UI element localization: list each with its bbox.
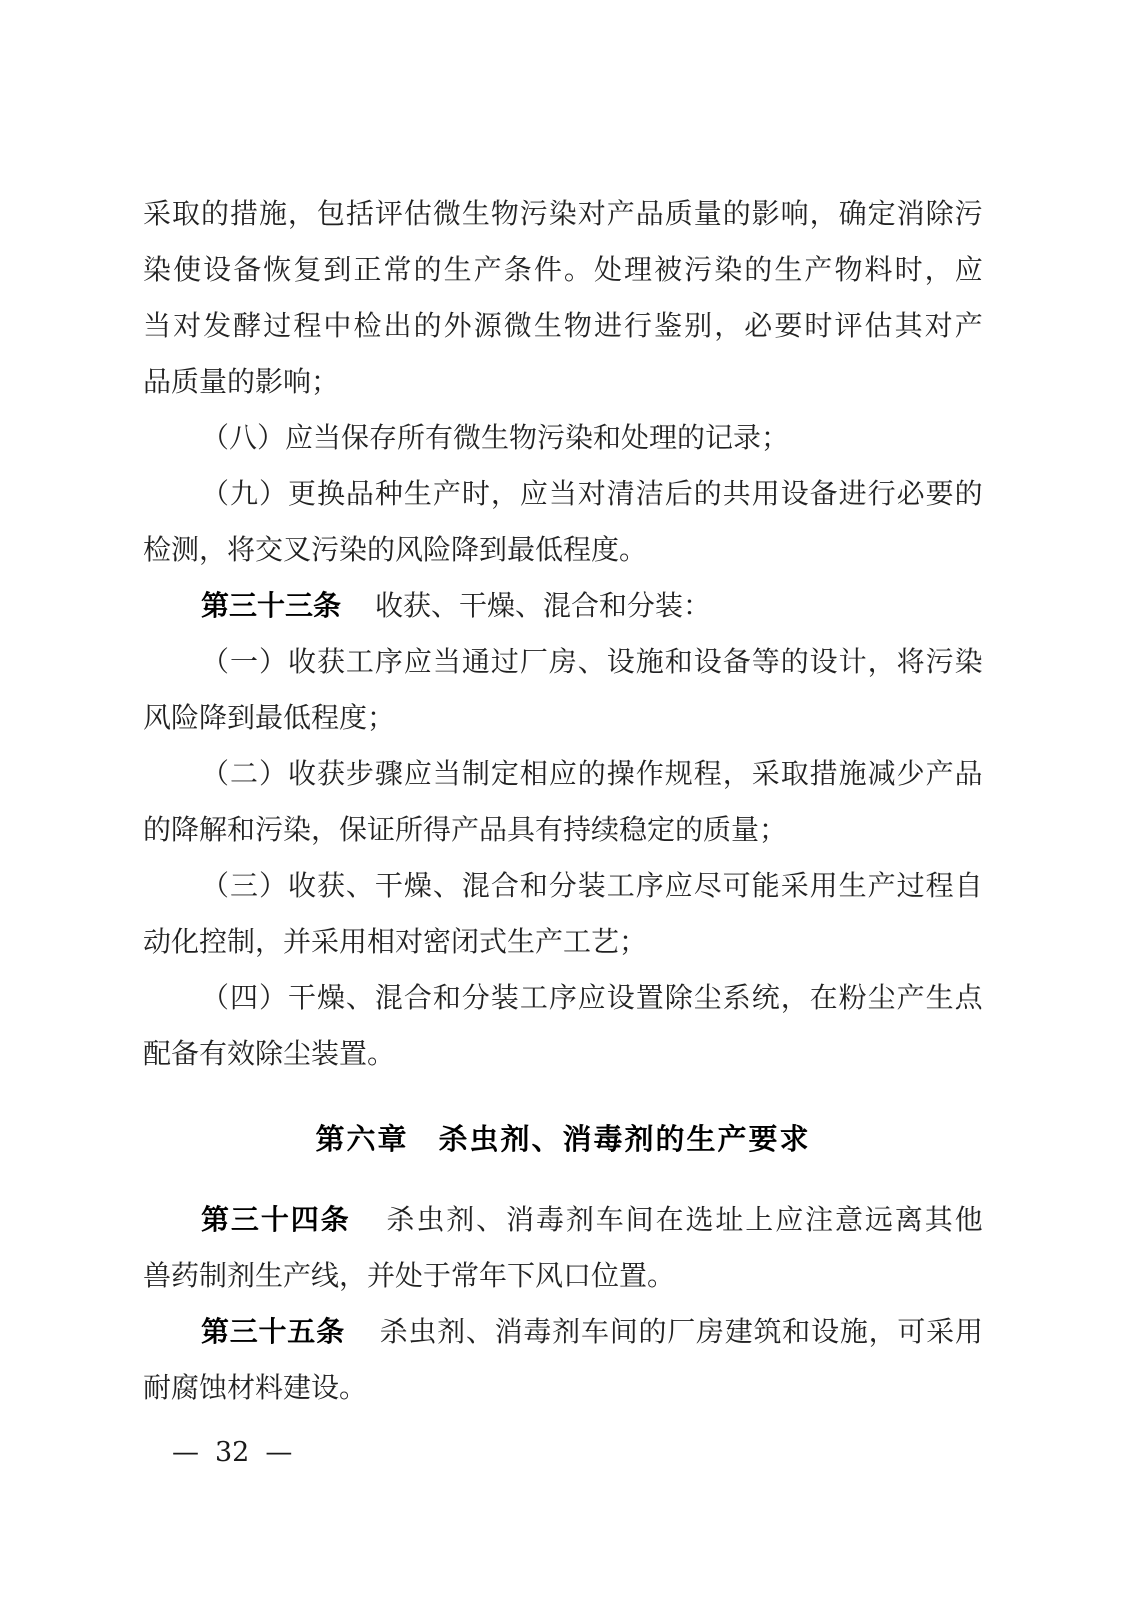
text-run: 用	[810, 864, 838, 904]
text-run: 干	[375, 864, 403, 904]
text-run: 计	[839, 640, 867, 680]
text-run: ）	[259, 472, 287, 512]
text-run: 在	[810, 976, 838, 1016]
text-run: ，	[288, 192, 316, 232]
text-run: 物	[491, 192, 519, 232]
document-page: 采取的措施，包括评估微生物污染对产品质量的影响，确定消除污染使设备恢复到正常的生…	[0, 0, 1131, 1600]
text-run: ，	[868, 640, 896, 680]
text-run: 。	[564, 248, 592, 288]
text-run: 和	[520, 864, 548, 904]
text-run: 和	[433, 976, 461, 1016]
text-run: 用	[955, 1310, 983, 1350]
text-run: 收获、干燥、混合和分装：	[375, 584, 711, 624]
text-run: 出	[384, 304, 412, 344]
text-run: 定	[491, 752, 519, 792]
text-run: 清	[607, 472, 635, 512]
text-line: （八）应当保存所有微生物污染和处理的记录；	[143, 408, 983, 464]
text-run: ）	[259, 752, 287, 792]
text-run: 在	[656, 1198, 684, 1238]
text-run: 时	[804, 304, 832, 344]
text-run: 采	[143, 192, 171, 232]
text-run: 十	[261, 1198, 289, 1238]
text-line: 动化控制，并采用相对密闭式生产工艺；	[143, 912, 983, 968]
text-line: （九）更换品种生产时，应当对清洁后的共用设备进行必要的	[143, 464, 983, 520]
text-run: 生	[444, 248, 472, 288]
text-run: 自	[955, 864, 983, 904]
text-run: 备	[810, 472, 838, 512]
text-run: 取	[781, 752, 809, 792]
text-run: 和	[782, 1310, 810, 1350]
text-run: 后	[665, 472, 693, 512]
text-run: 必	[897, 472, 925, 512]
text-run: 对	[173, 304, 201, 344]
text-run: 设	[694, 640, 722, 680]
text-run: 点	[955, 976, 983, 1016]
text-run: 检测，将交叉污染的风险降到最低程度。	[143, 528, 647, 568]
text-run: （	[201, 976, 229, 1016]
text-run: 选	[685, 1198, 713, 1238]
text-run: 采	[926, 1310, 954, 1350]
text-run: 物	[834, 248, 862, 288]
text-run: 装	[491, 976, 519, 1016]
text-run: 行	[868, 472, 896, 512]
text-run: （	[201, 752, 229, 792]
text-run: 复	[293, 248, 321, 288]
text-run: 剂	[446, 1198, 474, 1238]
text-run: 第	[201, 1198, 229, 1238]
text-run: 消	[495, 1310, 523, 1350]
text-run: 尘	[694, 976, 722, 1016]
text-run: 过	[491, 640, 519, 680]
text-run: 生	[534, 304, 562, 344]
text-line: 的降解和污染，保证所得产品具有持续稳定的质量；	[143, 800, 983, 856]
text-run: 离	[895, 1198, 923, 1238]
text-line: 品质量的影响；	[143, 352, 983, 408]
text-run: 操	[607, 752, 635, 792]
text-run: 必	[744, 304, 772, 344]
text-run: 应	[775, 1198, 803, 1238]
text-run: ，	[869, 1310, 897, 1350]
text-run: 微	[504, 304, 532, 344]
text-run: 生	[774, 248, 802, 288]
text-line: 耐腐蚀材料建设。	[143, 1358, 983, 1414]
text-run: 采	[781, 864, 809, 904]
text-run: （	[201, 864, 229, 904]
text-run: ，	[781, 976, 809, 1016]
text-run: 取	[172, 192, 200, 232]
text-run: 规	[665, 752, 693, 792]
text-run: 等	[752, 640, 780, 680]
text-run: 被	[654, 248, 682, 288]
text-run: 品质量的影响；	[143, 360, 339, 400]
text-run: ）	[259, 640, 287, 680]
text-run: 要	[926, 472, 954, 512]
text-run: 物	[564, 304, 592, 344]
text-run: 、	[578, 640, 606, 680]
text-run: 间	[626, 1198, 654, 1238]
text-run: 其	[925, 1198, 953, 1238]
text-run: 三	[231, 1198, 259, 1238]
text-run: 应	[520, 472, 548, 512]
text-run: 系	[723, 976, 751, 1016]
text-run: ）	[259, 864, 287, 904]
text-run: 产	[474, 248, 502, 288]
text-run: 消	[897, 192, 925, 232]
text-run: 收	[288, 640, 316, 680]
text-run: 过	[897, 864, 925, 904]
text-run: 染	[143, 248, 171, 288]
text-run: 统	[752, 976, 780, 1016]
text-run: 三	[230, 1310, 258, 1350]
text-run: 进	[839, 472, 867, 512]
text-run: 括	[346, 192, 374, 232]
text-run: 剂	[566, 1198, 594, 1238]
text-run: 设	[203, 248, 231, 288]
page-number-value: 32	[215, 1437, 249, 1468]
text-line: 风险降到最低程度；	[143, 688, 983, 744]
text-run: （	[201, 472, 229, 512]
text-run: 鉴	[654, 304, 682, 344]
text-run: 第	[201, 1310, 229, 1350]
text-run: 工	[520, 976, 548, 1016]
text-run: 产	[433, 472, 461, 512]
text-run: 理	[624, 248, 652, 288]
text-run: 应	[404, 752, 432, 792]
text-run: 换	[317, 472, 345, 512]
body-lines: 采取的措施，包括评估微生物污染对产品质量的影响，确定消除污染使设备恢复到正常的生…	[143, 184, 983, 1414]
text-run: 备	[723, 640, 751, 680]
text-run: 尘	[868, 976, 896, 1016]
text-run: 应	[578, 976, 606, 1016]
text-run: 分	[462, 976, 490, 1016]
text-run: 房	[696, 1310, 724, 1350]
text-run: 燥	[404, 864, 432, 904]
text-run: 将	[897, 640, 925, 680]
text-run: 合	[404, 976, 432, 1016]
text-run: 采	[752, 752, 780, 792]
text-run: 虫	[416, 1198, 444, 1238]
text-run: 其	[895, 304, 923, 344]
text-run: 条	[504, 248, 532, 288]
text-run: （八）应当保存所有微生物污染和处理的记录；	[201, 416, 789, 456]
text-run: 相	[520, 752, 548, 792]
page-number-dash-right: —	[265, 1437, 292, 1468]
text-run: 包	[317, 192, 345, 232]
text-run: 收	[288, 752, 316, 792]
text-run: 骤	[375, 752, 403, 792]
text-run: 获	[317, 864, 345, 904]
text-run: 剂	[437, 1310, 465, 1350]
text-run: 生	[926, 976, 954, 1016]
text-run: ，	[491, 472, 519, 512]
text-run: 的	[201, 192, 229, 232]
text-run: 的降解和污染，保证所得产品具有持续稳定的质量；	[143, 808, 787, 848]
text-run: 污	[955, 192, 983, 232]
text-line: 配备有效除尘装置。	[143, 1024, 983, 1080]
text-run: 生	[462, 192, 490, 232]
text-run: 产	[607, 192, 635, 232]
text-run: 产	[926, 752, 954, 792]
text-run: 可	[897, 1310, 925, 1350]
text-run: 中	[323, 304, 351, 344]
text-run: 恢	[263, 248, 291, 288]
text-run: 酵	[233, 304, 261, 344]
text-run: 的	[638, 1310, 666, 1350]
text-run: 九	[230, 472, 258, 512]
page-number-dash-left: —	[172, 1437, 199, 1468]
text-run: 二	[230, 752, 258, 792]
text-run: 的	[723, 192, 751, 232]
text-run: 检	[353, 304, 381, 344]
text-run: 杀	[380, 1310, 408, 1350]
text-run: 别	[684, 304, 712, 344]
text-run: 应	[665, 864, 693, 904]
text-run: 混	[462, 864, 490, 904]
text-run: 种	[375, 472, 403, 512]
text-run: 序	[636, 864, 664, 904]
text-run: 设	[810, 640, 838, 680]
text-run: 程	[293, 304, 321, 344]
text-run: 杀虫剂、消毒剂的生产要求	[439, 1117, 811, 1158]
text-line: 检测，将交叉污染的风险降到最低程度。	[143, 520, 983, 576]
text-run: 施	[636, 640, 664, 680]
text-run: 产	[897, 976, 925, 1016]
text-run: 意	[835, 1198, 863, 1238]
text-run: 行	[624, 304, 652, 344]
text-run: 除	[665, 976, 693, 1016]
text-run: 时	[462, 472, 490, 512]
text-run: 措	[810, 752, 838, 792]
text-run: 序	[375, 640, 403, 680]
text-run: 工	[607, 864, 635, 904]
text-run: 序	[549, 976, 577, 1016]
text-run: 获	[317, 752, 345, 792]
text-run: 品	[636, 192, 664, 232]
text-line: （一）收获工序应当通过厂房、设施和设备等的设计，将污染	[143, 632, 983, 688]
text-run: 减	[868, 752, 896, 792]
text-run: 五	[287, 1310, 315, 1350]
text-run: 当	[433, 640, 461, 680]
text-run: 、	[346, 864, 374, 904]
text-run: 四	[230, 976, 258, 1016]
text-run: 获	[317, 640, 345, 680]
text-run: 品	[346, 472, 374, 512]
text-run: 作	[636, 752, 664, 792]
text-run: ，	[925, 248, 953, 288]
text-run: 、	[476, 1198, 504, 1238]
text-run: 干	[288, 976, 316, 1016]
text-run: 当	[143, 304, 171, 344]
text-run: 过	[263, 304, 291, 344]
text-run: 配备有效除尘装置。	[143, 1032, 395, 1072]
text-run: 生	[839, 864, 867, 904]
text-run: 设	[781, 472, 809, 512]
text-line: （四）干燥、混合和分装工序应设置除尘系统，在粉尘产生点	[143, 968, 983, 1024]
text-run: 的	[781, 640, 809, 680]
text-run: 用	[752, 472, 780, 512]
text-run: 措	[230, 192, 258, 232]
text-run: （	[201, 640, 229, 680]
text-run: 对	[578, 472, 606, 512]
text-run: 厂	[667, 1310, 695, 1350]
text-run: 应	[404, 640, 432, 680]
text-run: 污	[520, 192, 548, 232]
text-run: 定	[868, 192, 896, 232]
text-run: 要	[774, 304, 802, 344]
text-run: 十	[259, 1310, 287, 1350]
text-run: 估	[404, 192, 432, 232]
text-run: 风险降到最低程度；	[143, 696, 395, 736]
text-run: 的	[578, 752, 606, 792]
text-run: 三	[230, 864, 258, 904]
text-line: 第三十三条收获、干燥、混合和分装：	[143, 576, 983, 632]
text-run: 的	[955, 472, 983, 512]
text-run: 设	[607, 976, 635, 1016]
text-run: 外	[444, 304, 472, 344]
text-run: 混	[375, 976, 403, 1016]
text-run: 染	[549, 192, 577, 232]
text-run: 共	[723, 472, 751, 512]
text-line: 采取的措施，包括评估微生物污染对产品质量的影响，确定消除污	[143, 184, 983, 240]
text-run: 址	[715, 1198, 743, 1238]
text-run: 除	[926, 192, 954, 232]
text-run: 消	[506, 1198, 534, 1238]
text-run: 车	[581, 1310, 609, 1350]
text-run: 常	[384, 248, 412, 288]
text-run: 生	[404, 472, 432, 512]
text-run: 更	[288, 472, 316, 512]
text-run: 剂	[552, 1310, 580, 1350]
text-run: 微	[433, 192, 461, 232]
text-run: 估	[865, 304, 893, 344]
text-run: 到	[323, 248, 351, 288]
text-run: 应	[955, 248, 983, 288]
text-run: 处	[594, 248, 622, 288]
text-run: 件	[534, 248, 562, 288]
text-run: 对	[925, 304, 953, 344]
text-run: 耐腐蚀材料建设。	[143, 1366, 367, 1406]
text-run: 少	[897, 752, 925, 792]
text-run: 产	[868, 864, 896, 904]
text-run: 通	[462, 640, 490, 680]
text-run: 料	[865, 248, 893, 288]
text-run: 洁	[636, 472, 664, 512]
text-run: 污	[684, 248, 712, 288]
text-run: 的	[414, 304, 442, 344]
text-run: 第三十三条	[201, 584, 341, 624]
text-run: 杀	[386, 1198, 414, 1238]
text-run: 污	[926, 640, 954, 680]
text-line: 当对发酵过程中检出的外源微生物进行鉴别，必要时评估其对产	[143, 296, 983, 352]
text-run: 响	[781, 192, 809, 232]
text-run: 产	[804, 248, 832, 288]
text-run: 置	[636, 976, 664, 1016]
text-run: 建	[725, 1310, 753, 1350]
text-run: 步	[346, 752, 374, 792]
text-run: 对	[578, 192, 606, 232]
text-run: 时	[895, 248, 923, 288]
text-run: ，	[714, 304, 742, 344]
text-run: 发	[203, 304, 231, 344]
text-run: 分	[549, 864, 577, 904]
text-run: 能	[752, 864, 780, 904]
page-number: — 32 —	[172, 1429, 292, 1475]
text-run: 、	[433, 864, 461, 904]
text-run: 品	[955, 752, 983, 792]
text-run: 粉	[839, 976, 867, 1016]
text-run: 远	[865, 1198, 893, 1238]
text-run: 源	[474, 304, 502, 344]
text-run: 当	[549, 472, 577, 512]
text-run: 影	[752, 192, 780, 232]
text-run: 注	[805, 1198, 833, 1238]
text-run: 评	[834, 304, 862, 344]
text-run: 质	[665, 192, 693, 232]
text-run: 施	[259, 192, 287, 232]
text-run: 间	[610, 1310, 638, 1350]
text-run: 四	[291, 1198, 319, 1238]
text-run: 确	[839, 192, 867, 232]
text-line: 第三十四条杀虫剂、消毒剂车间在选址上应注意远离其他	[143, 1190, 983, 1246]
text-run: 房	[549, 640, 577, 680]
text-run: 毒	[523, 1310, 551, 1350]
text-run: 收	[288, 864, 316, 904]
text-run: 虫	[408, 1310, 436, 1350]
text-run: 量	[694, 192, 722, 232]
text-run: 厂	[520, 640, 548, 680]
text-run: 染	[714, 248, 742, 288]
text-line: （二）收获步骤应当制定相应的操作规程，采取措施减少产品	[143, 744, 983, 800]
text-line: （三）收获、干燥、混合和分装工序应尽可能采用生产过程自	[143, 856, 983, 912]
text-run: 应	[549, 752, 577, 792]
text-run: 条	[316, 1310, 344, 1350]
text-run: 工	[346, 640, 374, 680]
text-run: 施	[840, 1310, 868, 1350]
text-run: 的	[414, 248, 442, 288]
text-run: 上	[745, 1198, 773, 1238]
text-run: 筑	[754, 1310, 782, 1350]
text-run: 设	[607, 640, 635, 680]
text-run: 评	[375, 192, 403, 232]
text-line: 染使设备恢复到正常的生产条件。处理被污染的生产物料时，应	[143, 240, 983, 296]
text-run: 毒	[536, 1198, 564, 1238]
text-run: 制	[462, 752, 490, 792]
text-run: 燥	[317, 976, 345, 1016]
text-run: 装	[578, 864, 606, 904]
text-run: 条	[321, 1198, 349, 1238]
text-run: 产	[955, 304, 983, 344]
text-run: 进	[594, 304, 622, 344]
text-run: 、	[466, 1310, 494, 1350]
text-run: 合	[491, 864, 519, 904]
text-run: 当	[433, 752, 461, 792]
text-run: 施	[839, 752, 867, 792]
text-run: 程	[926, 864, 954, 904]
text-run: 兽药制剂生产线，并处于常年下风口位置。	[143, 1254, 675, 1294]
text-run: 车	[596, 1198, 624, 1238]
text-line: 第三十五条杀虫剂、消毒剂车间的厂房建筑和设施，可采用	[143, 1302, 983, 1358]
text-run: 设	[811, 1310, 839, 1350]
text-run: 一	[230, 640, 258, 680]
text-line: 兽药制剂生产线，并处于常年下风口位置。	[143, 1246, 983, 1302]
text-run: 使	[173, 248, 201, 288]
text-run: 和	[665, 640, 693, 680]
text-run: ，	[723, 752, 751, 792]
text-run: ）	[259, 976, 287, 1016]
text-run: 的	[744, 248, 772, 288]
text-run: 第六章	[315, 1117, 408, 1158]
text-run: 他	[955, 1198, 983, 1238]
